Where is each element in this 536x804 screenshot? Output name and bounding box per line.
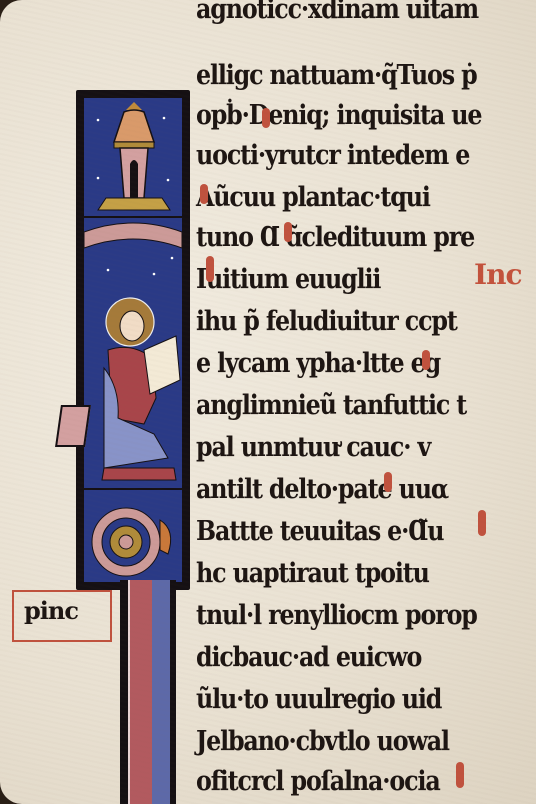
rubric-incipit: Inc bbox=[474, 258, 522, 291]
text-line: tnul·l renylliocm porop bbox=[196, 600, 477, 631]
text-line: Battte teuuitas e·Ɑ̃u bbox=[196, 516, 443, 547]
scroll-panel bbox=[84, 490, 182, 582]
margin-note: pinc bbox=[24, 596, 78, 625]
text-line: antilt delto·pate uuα bbox=[196, 474, 448, 505]
stem-pink bbox=[128, 580, 152, 804]
text-line: pal unmtuư cauc· v bbox=[196, 432, 430, 463]
rubric-mark bbox=[206, 256, 214, 282]
text-line: elligc nattuam·q̃Tuos ṗ bbox=[196, 60, 477, 91]
seated-evangelist-icon bbox=[84, 218, 182, 488]
lectern bbox=[55, 405, 91, 447]
text-line: tuno Ɑ ɑ̃cledituum pre bbox=[196, 222, 474, 253]
text-line: ihu p̃ feludiuitur ccpt bbox=[196, 306, 457, 337]
stem-blue bbox=[152, 580, 170, 804]
text-line: agnoticc·xdinam uitam bbox=[196, 0, 478, 25]
rubric-mark bbox=[284, 222, 292, 242]
text-line: dicbauc·ad euicwo bbox=[196, 642, 421, 673]
spiral-scroll-icon bbox=[84, 490, 182, 582]
text-line: anglimnieũ tanfuttic t bbox=[196, 390, 466, 421]
text-line: Jelbano·cbvtlo uowal bbox=[196, 726, 449, 757]
text-line: Iuitium euuglii bbox=[196, 264, 380, 295]
text-line: ofitcrcl poſalna·ocia bbox=[196, 766, 440, 797]
figure-panel bbox=[84, 218, 182, 488]
text-line: uocti·yrutcr intedem e bbox=[196, 140, 469, 171]
manuscript-page: agnoticc·xdinam uitam elligc nattuam·q̃T… bbox=[0, 0, 536, 804]
rubric-mark bbox=[200, 184, 208, 204]
text-line: e lycam ypha·ltte eg bbox=[196, 348, 440, 379]
rubric-mark bbox=[422, 350, 430, 370]
tower-icon bbox=[84, 98, 182, 216]
tower-panel bbox=[84, 98, 182, 216]
rubric-mark bbox=[262, 108, 270, 128]
rubric-mark bbox=[478, 510, 486, 536]
text-line: hc uaptiraut tpoitu bbox=[196, 558, 429, 589]
text-line: opḃ·Deniq; inquisita ue bbox=[196, 100, 481, 131]
illuminated-initial bbox=[76, 90, 190, 590]
text-line: Aũcuu plantac·tqui bbox=[196, 182, 430, 213]
rubric-mark bbox=[384, 472, 392, 492]
text-line: ũlu·to uuulregio uid bbox=[196, 684, 441, 715]
rubric-mark bbox=[456, 762, 464, 788]
initial-stem bbox=[120, 580, 176, 804]
